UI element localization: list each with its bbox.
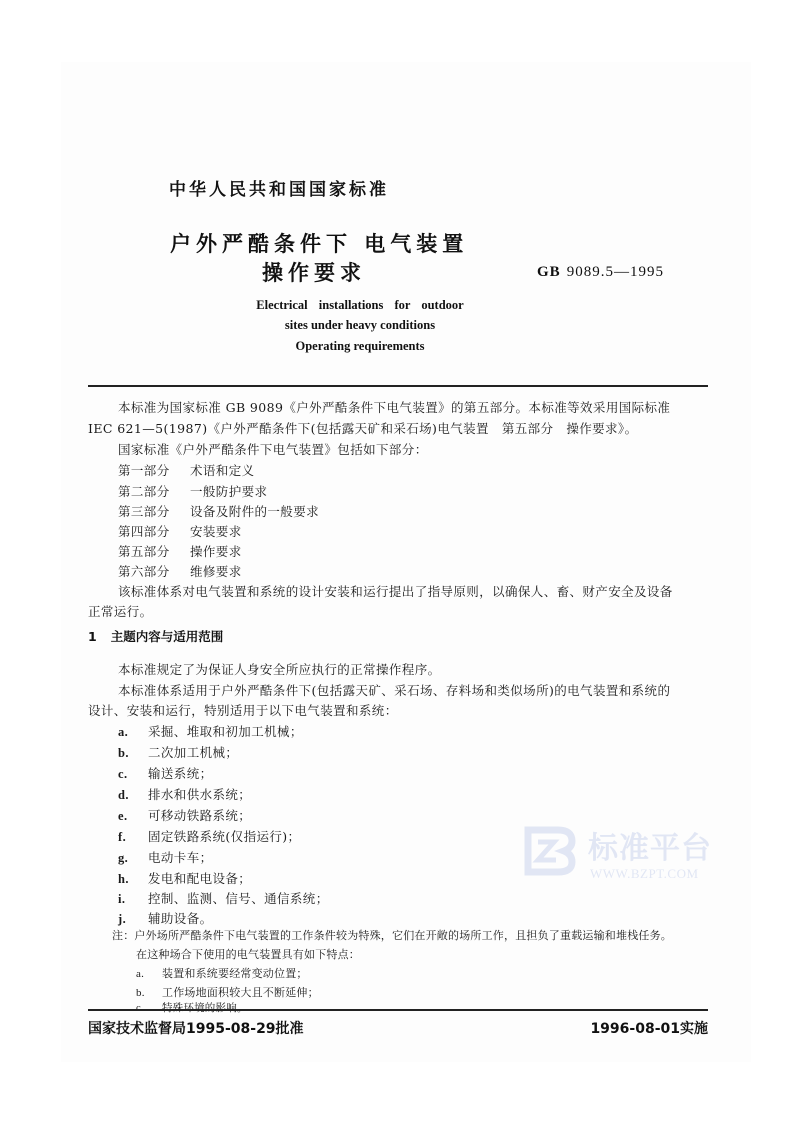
section-title: 主题内容与适用范围 bbox=[111, 629, 224, 644]
part-item: 第四部分安装要求 bbox=[118, 522, 242, 540]
list-item: e.可移动铁路系统； bbox=[118, 806, 251, 824]
list-text: 电动卡车； bbox=[148, 850, 213, 865]
english-title-line3: Operating requirements bbox=[150, 339, 570, 354]
list-letter: h. bbox=[118, 872, 148, 887]
note-item: a.装置和系统要经常变动位置； bbox=[136, 965, 308, 981]
list-item: j.辅助设备。 bbox=[118, 909, 213, 927]
part-text: 维修要求 bbox=[190, 564, 242, 579]
standard-number: GB9089.5—1995 bbox=[537, 264, 664, 281]
section1-para2-line2: 设计、安装和运行，特别适用于以下电气装置和系统： bbox=[88, 701, 398, 719]
part-text: 一般防护要求 bbox=[190, 484, 267, 499]
list-item: g.电动卡车； bbox=[118, 848, 213, 866]
list-text: 固定铁路系统(仅指运行)； bbox=[148, 829, 300, 844]
foreword-para3-line2: 正常运行。 bbox=[88, 602, 153, 620]
note-line2: 在这种场合下使用的电气装置具有如下特点： bbox=[136, 946, 360, 962]
english-title-line1: Electrical installations for outdoor bbox=[150, 298, 570, 313]
list-letter: f. bbox=[118, 830, 148, 845]
list-text: 控制、监测、信号、通信系统； bbox=[148, 891, 329, 906]
note-item: c.特殊环境的影响。 bbox=[136, 1000, 248, 1015]
list-text: 辅助设备。 bbox=[148, 911, 213, 926]
part-label: 第一部分 bbox=[118, 461, 190, 479]
list-letter: b. bbox=[118, 746, 148, 761]
list-letter: g. bbox=[118, 851, 148, 866]
list-letter: j. bbox=[118, 912, 148, 927]
foreword-para1-line1: 本标准为国家标准 GB 9089《户外严酷条件下电气装置》的第五部分。本标准等效… bbox=[118, 398, 670, 416]
note-letter: a. bbox=[136, 968, 162, 980]
list-letter: i. bbox=[118, 892, 148, 907]
part-label: 第五部分 bbox=[118, 542, 190, 560]
section-number: 1 bbox=[88, 629, 97, 644]
list-item: c.输送系统； bbox=[118, 764, 213, 782]
part-item: 第三部分设备及附件的一般要求 bbox=[118, 502, 319, 520]
list-item: a.采掘、堆取和初加工机械； bbox=[118, 722, 303, 740]
document-title-line2: 操作要求 bbox=[262, 257, 366, 287]
note-item-text: 工作场地面积较大且不断延伸； bbox=[162, 986, 319, 999]
foreword-para3-line1: 该标准体系对电气装置和系统的设计安装和运行提出了指导原则，以确保人、畜、财产安全… bbox=[118, 582, 673, 600]
list-letter: e. bbox=[118, 809, 148, 824]
section1-para1: 本标准规定了为保证人身安全所应执行的正常操作程序。 bbox=[118, 660, 441, 678]
part-text: 术语和定义 bbox=[190, 463, 255, 478]
document-title-line1: 户外严酷条件下 电气装置 bbox=[170, 228, 468, 258]
watermark-url: WWW.BZPT.COM bbox=[590, 866, 699, 882]
english-title-line2: sites under heavy conditions bbox=[150, 318, 570, 333]
part-text: 操作要求 bbox=[190, 544, 242, 559]
standard-code: 9089.5—1995 bbox=[567, 264, 664, 280]
list-text: 发电和配电设备； bbox=[148, 871, 251, 886]
list-text: 二次加工机械； bbox=[148, 745, 238, 760]
list-text: 输送系统； bbox=[148, 766, 213, 781]
part-item: 第六部分维修要求 bbox=[118, 562, 242, 580]
part-label: 第六部分 bbox=[118, 562, 190, 580]
list-text: 排水和供水系统； bbox=[148, 787, 251, 802]
footer-divider bbox=[88, 1009, 708, 1011]
list-item: b.二次加工机械； bbox=[118, 743, 238, 761]
foreword-para1-line2: IEC 621—5(1987)《户外严酷条件下(包括露天矿和采石场)电气装置 第… bbox=[88, 419, 637, 437]
part-label: 第三部分 bbox=[118, 502, 190, 520]
note-item-text: 特殊环境的影响。 bbox=[162, 1002, 248, 1014]
part-text: 安装要求 bbox=[190, 524, 242, 539]
list-letter: d. bbox=[118, 788, 148, 803]
list-item: i.控制、监测、信号、通信系统； bbox=[118, 889, 329, 907]
watermark-title: 标准平台 bbox=[588, 823, 712, 867]
list-letter: a. bbox=[118, 725, 148, 740]
country-standard-heading: 中华人民共和国国家标准 bbox=[169, 175, 389, 200]
list-text: 可移动铁路系统； bbox=[148, 808, 251, 823]
list-item: d.排水和供水系统； bbox=[118, 785, 251, 803]
standard-prefix: GB bbox=[537, 264, 561, 280]
section-heading: 1主题内容与适用范围 bbox=[88, 627, 223, 645]
bzpt-logo-icon bbox=[524, 826, 576, 876]
watermark: 标准平台 WWW.BZPT.COM bbox=[524, 823, 724, 889]
list-text: 采掘、堆取和初加工机械； bbox=[148, 724, 303, 739]
part-label: 第四部分 bbox=[118, 522, 190, 540]
list-letter: c. bbox=[118, 767, 148, 782]
note-line1: 注：户外场所严酷条件下电气装置的工作条件较为特殊，它们在开敞的场所工作，且担负了… bbox=[112, 927, 672, 943]
part-item: 第二部分一般防护要求 bbox=[118, 482, 267, 500]
part-item: 第一部分术语和定义 bbox=[118, 461, 255, 479]
list-item: f.固定铁路系统(仅指运行)； bbox=[118, 827, 300, 845]
part-label: 第二部分 bbox=[118, 482, 190, 500]
part-item: 第五部分操作要求 bbox=[118, 542, 242, 560]
approval-info: 国家技术监督局1995-08-29批准 bbox=[88, 1018, 304, 1038]
foreword-para2: 国家标准《户外严酷条件下电气装置》包括如下部分： bbox=[118, 440, 428, 458]
header-divider bbox=[88, 385, 708, 387]
note-letter: b. bbox=[136, 987, 162, 999]
section1-para2-line1: 本标准体系适用于户外严酷条件下(包括露天矿、采石场、存料场和类似场所)的电气装置… bbox=[118, 681, 670, 699]
implementation-date: 1996-08-01实施 bbox=[590, 1018, 708, 1038]
list-item: h.发电和配电设备； bbox=[118, 869, 251, 887]
note-item-text: 装置和系统要经常变动位置； bbox=[162, 967, 308, 980]
note-item: b.工作场地面积较大且不断延伸； bbox=[136, 984, 319, 1000]
part-text: 设备及附件的一般要求 bbox=[190, 504, 319, 519]
